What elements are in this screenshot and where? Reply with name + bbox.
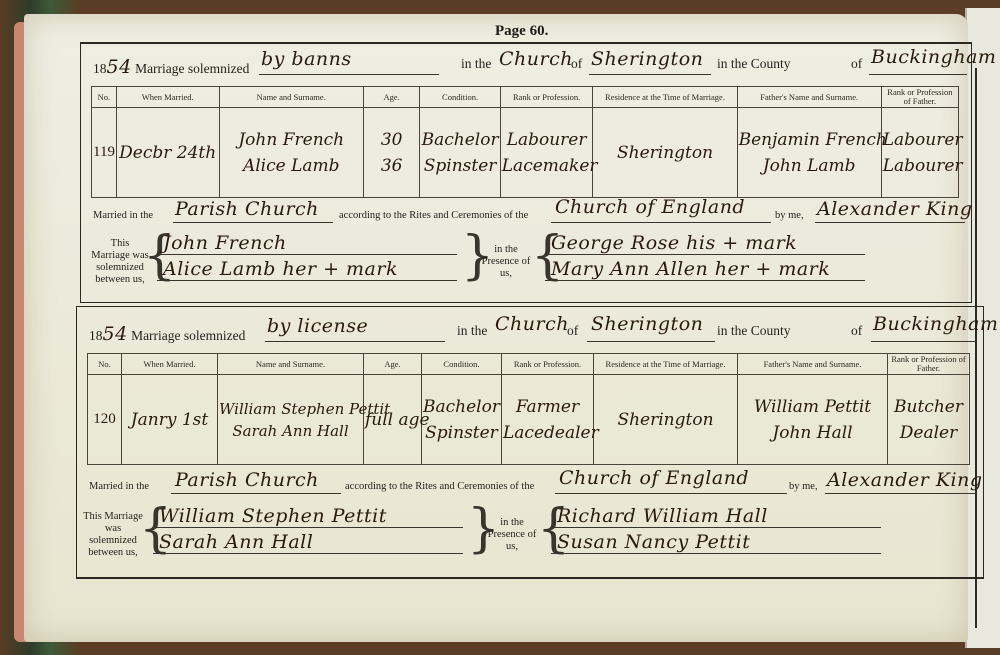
solemnized-by: by license xyxy=(267,315,368,337)
married-in-line: Married in the Parish Church according t… xyxy=(77,467,983,497)
marriage-entry-120: 1854 Marriage solemnized by license in t… xyxy=(76,306,984,579)
rites: Church of England xyxy=(559,467,749,489)
residence: Sherington xyxy=(594,375,738,465)
bride-father-rank: Labourer xyxy=(883,153,957,179)
table-row: 119 Decbr 24th John FrenchAlice Lamb 303… xyxy=(92,108,959,198)
parish: Sherington xyxy=(591,48,703,70)
when-married: Janry 1st xyxy=(122,375,218,465)
rites: Church of England xyxy=(555,196,745,218)
age: full age xyxy=(364,375,422,465)
groom-condition: Bachelor xyxy=(423,394,500,420)
table-row: 120 Janry 1st William Stephen PettitSara… xyxy=(88,375,970,465)
groom-condition: Bachelor xyxy=(421,127,498,153)
groom-name: John French xyxy=(221,127,362,153)
entry-header: 1854 Marriage solemnized by banns in the… xyxy=(81,44,971,92)
married-in: Parish Church xyxy=(175,469,319,491)
bride-name: Alice Lamb xyxy=(221,153,362,179)
witness-2: Mary Ann Allen her + mark xyxy=(551,258,830,280)
year: 54 xyxy=(107,56,132,78)
groom-rank: Farmer xyxy=(503,394,592,420)
groom-rank: Labourer xyxy=(502,127,592,153)
bride-condition: Spinster xyxy=(421,153,498,179)
bride-rank: Lacemaker xyxy=(502,153,592,179)
county: Buckingham xyxy=(873,313,998,335)
bride-rank: Lacedealer xyxy=(503,420,592,446)
groom-age: 30 xyxy=(365,127,419,153)
entry-number: 120 xyxy=(88,375,122,465)
residence: Sherington xyxy=(593,108,737,198)
county: Buckingham xyxy=(871,46,996,68)
church-type: Church xyxy=(499,48,573,70)
groom-father-rank: Labourer xyxy=(883,127,957,153)
solemnized-by: by banns xyxy=(261,48,352,70)
bride-signature: Alice Lamb her + mark xyxy=(163,258,398,280)
officiant: Alexander King xyxy=(817,198,973,220)
bride-signature: Sarah Ann Hall xyxy=(159,531,313,553)
officiant: Alexander King xyxy=(827,469,983,491)
married-in-line: Married in the Parish Church according t… xyxy=(81,196,971,226)
parish: Sherington xyxy=(591,313,703,335)
bride-condition: Spinster xyxy=(423,420,500,446)
groom-father-rank: Butcher xyxy=(889,394,968,420)
church-type: Church xyxy=(495,313,569,335)
groom-father: Benjamin French xyxy=(739,127,880,153)
married-in: Parish Church xyxy=(175,198,319,220)
signatures-block: This Marriage was solemnized between us,… xyxy=(81,230,971,292)
marriage-entry-119: 1854 Marriage solemnized by banns in the… xyxy=(80,42,972,303)
bride-age: 36 xyxy=(365,153,419,179)
bride-father: John Lamb xyxy=(739,153,880,179)
register-table: No. When Married. Name and Surname. Age.… xyxy=(91,86,959,198)
witness-1: George Rose his + mark xyxy=(551,232,797,254)
register-table: No. When Married. Name and Surname. Age.… xyxy=(87,353,970,465)
entry-header: 1854 Marriage solemnized by license in t… xyxy=(77,307,983,355)
groom-father: William Pettit xyxy=(739,394,886,420)
signatures-block: This Marriage was solemnized between us,… xyxy=(77,503,983,565)
bride-father-rank: Dealer xyxy=(889,420,968,446)
year: 54 xyxy=(103,323,128,345)
entry-number: 119 xyxy=(92,108,117,198)
groom-name: William Stephen Pettit xyxy=(219,398,362,420)
groom-signature: John French xyxy=(163,232,287,254)
when-married: Decbr 24th xyxy=(116,108,219,198)
page-number: Page 60. xyxy=(495,23,548,40)
bride-name: Sarah Ann Hall xyxy=(219,420,362,442)
witness-1: Richard William Hall xyxy=(557,505,768,527)
groom-signature: William Stephen Pettit xyxy=(159,505,387,527)
witness-2: Susan Nancy Pettit xyxy=(557,531,750,553)
bride-father: John Hall xyxy=(739,420,886,446)
